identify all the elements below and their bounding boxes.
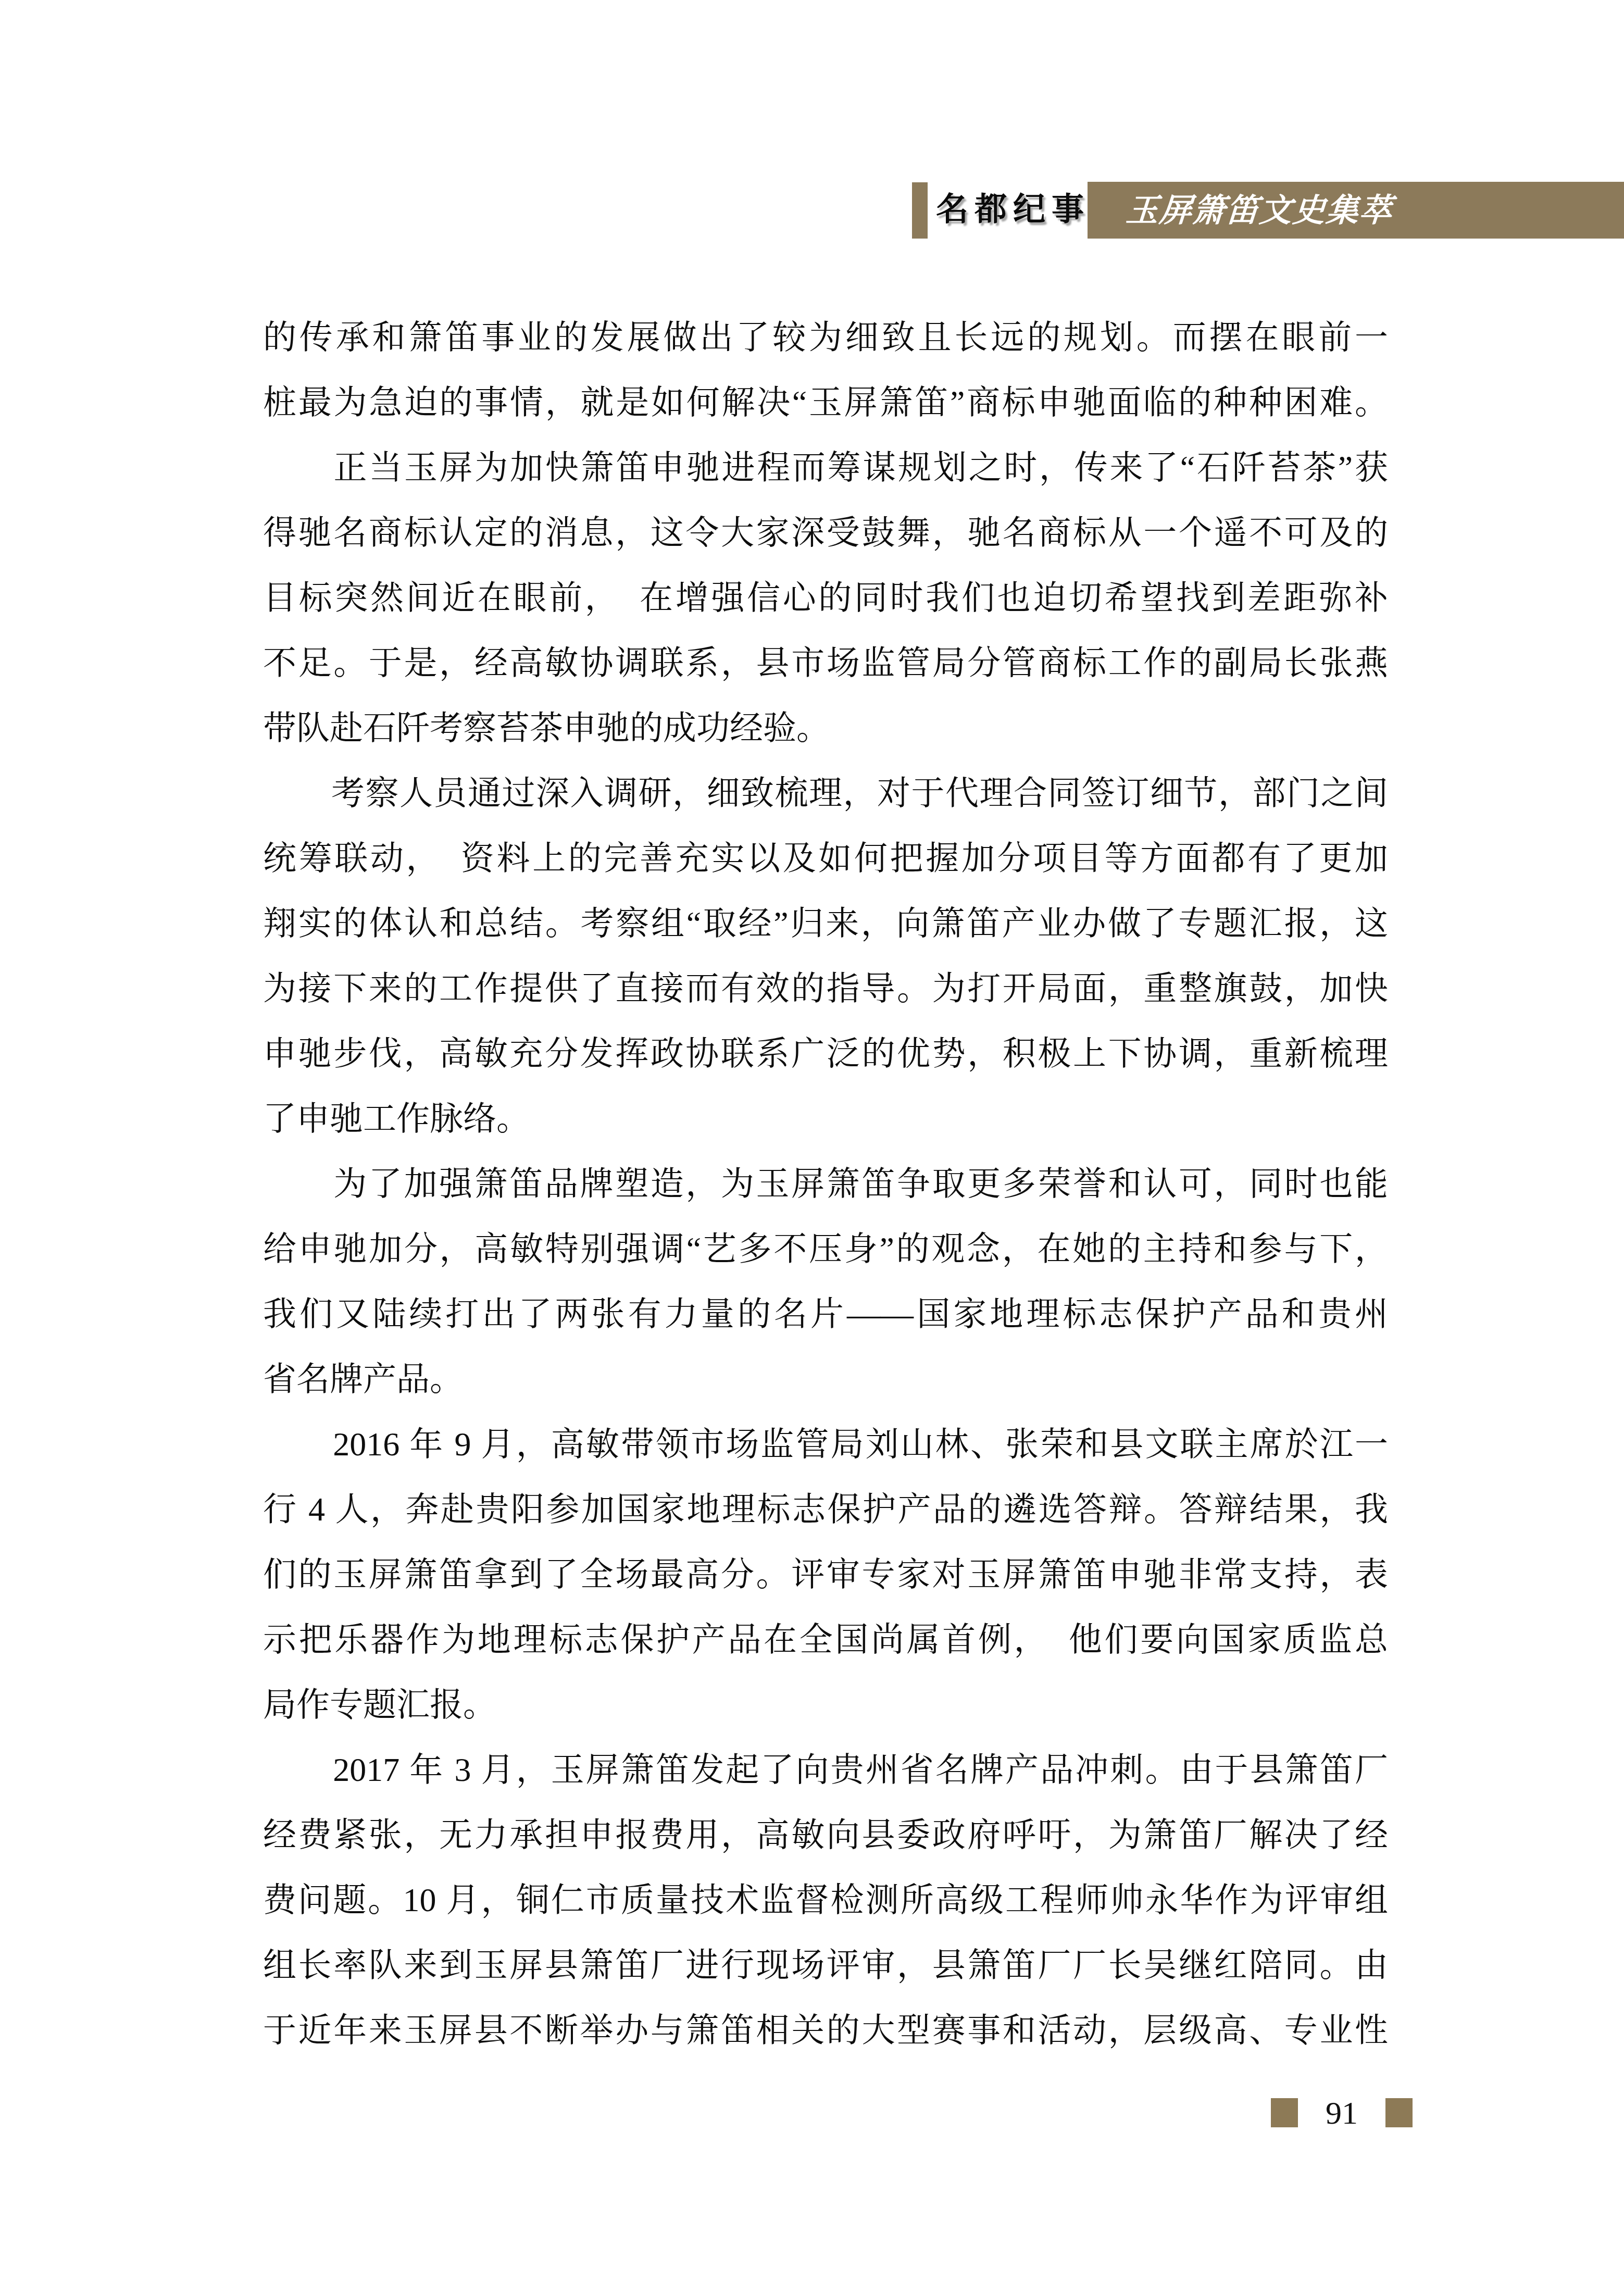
text-line: 为接下来的工作提供了直接而有效的指导。为打开局面，重整旗鼓，加快 xyxy=(263,956,1388,1021)
text-line: 不足。于是，经高敏协调联系，县市场监管局分管商标工作的副局长张燕 xyxy=(263,630,1388,695)
text-line: 局作专题汇报。 xyxy=(263,1672,1388,1737)
series-title-calligraphy: 玉屏箫笛文史集萃 xyxy=(1124,182,1395,239)
text-line: 桩最为急迫的事情，就是如何解决“玉屏箫笛”商标申驰面临的种种困难。 xyxy=(263,370,1388,435)
text-line: 统筹联动， 资料上的完善充实以及如何把握加分项目等方面都有了更加 xyxy=(263,826,1388,891)
text-line: 费问题。10 月，铜仁市质量技术监督检测所高级工程师帅永华作为评审组 xyxy=(263,1867,1388,1933)
text-line: 翔实的体认和总结。考察组“取经”归来，向箫笛产业办做了专题汇报，这 xyxy=(263,891,1388,956)
text-line: 我们又陆续打出了两张有力量的名片——国家地理标志保护产品和贵州 xyxy=(263,1281,1388,1347)
text-line: 带队赴石阡考察苔茶申驰的成功经验。 xyxy=(263,695,1388,761)
text-line: 经费紧张，无力承担申报费用，高敏向县委政府呼吁，为箫笛厂解决了经 xyxy=(263,1802,1388,1867)
text-line: 们的玉屏箫笛拿到了全场最高分。评审专家对玉屏箫笛申驰非常支持，表 xyxy=(263,1542,1388,1607)
book-page: 名都纪事 玉屏箫笛文史集萃 的传承和箫笛事业的发展做出了较为细致且长远的规划。而… xyxy=(0,0,1624,2269)
text-line: 2016 年 9 月，高敏带领市场监管局刘山林、张荣和县文联主席於江一 xyxy=(263,1412,1388,1477)
text-line: 2017 年 3 月，玉屏箫笛发起了向贵州省名牌产品冲刺。由于县箫笛厂 xyxy=(263,1737,1388,1802)
text-line: 省名牌产品。 xyxy=(263,1347,1388,1412)
footer-right-square xyxy=(1385,2098,1413,2127)
text-line: 得驰名商标认定的消息，这令大家深受鼓舞，驰名商标从一个遥不可及的 xyxy=(263,500,1388,565)
text-line: 为了加强箫笛品牌塑造，为玉屏箫笛争取更多荣誉和认可，同时也能 xyxy=(263,1151,1388,1216)
text-line: 目标突然间近在眼前， 在增强信心的同时我们也迫切希望找到差距弥补 xyxy=(263,565,1388,630)
text-line: 示把乐器作为地理标志保护产品在全国尚属首例， 他们要向国家质监总 xyxy=(263,1607,1388,1672)
text-line: 组长率队来到玉屏县箫笛厂进行现场评审，县箫笛厂厂长吴继红陪同。由 xyxy=(263,1933,1388,1998)
body-text: 的传承和箫笛事业的发展做出了较为细致且长远的规划。而摆在眼前一桩最为急迫的事情，… xyxy=(263,305,1388,2063)
text-line: 的传承和箫笛事业的发展做出了较为细致且长远的规划。而摆在眼前一 xyxy=(263,305,1388,370)
page-number: 91 xyxy=(1298,2098,1385,2127)
text-line: 行 4 人，奔赴贵阳参加国家地理标志保护产品的遴选答辩。答辩结果，我 xyxy=(263,1477,1388,1542)
header-accent-strip xyxy=(912,182,928,239)
section-label: 名都纪事 xyxy=(936,182,1090,238)
footer-left-square xyxy=(1271,2098,1298,2127)
text-line: 申驰步伐，高敏充分发挥政协联系广泛的优势，积极上下协调，重新梳理 xyxy=(263,1021,1388,1086)
text-line: 于近年来玉屏县不断举办与箫笛相关的大型赛事和活动，层级高、专业性 xyxy=(263,1998,1388,2063)
text-line: 给申驰加分，高敏特别强调“艺多不压身”的观念，在她的主持和参与下， xyxy=(263,1216,1388,1281)
series-title-bar: 玉屏箫笛文史集萃 xyxy=(1088,182,1624,239)
text-line: 正当玉屏为加快箫笛申驰进程而筹谋规划之时，传来了“石阡苔茶”获 xyxy=(263,435,1388,500)
text-line: 了申驰工作脉络。 xyxy=(263,1086,1388,1151)
text-line: 考察人员通过深入调研，细致梳理，对于代理合同签订细节，部门之间 xyxy=(263,761,1388,826)
